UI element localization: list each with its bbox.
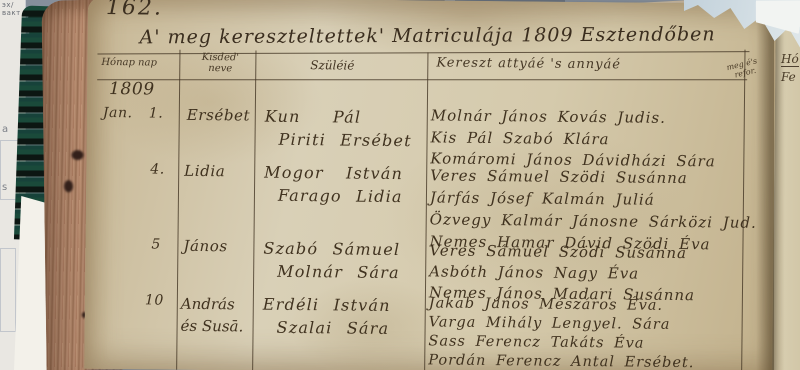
- ink-stain: [64, 180, 73, 192]
- page-title: A' meg kereszteltettek' Matriculája 1809…: [140, 23, 780, 48]
- adjacent-page-sliver: Hó Fe: [772, 0, 800, 370]
- godparent-line: Veres Sámuel Szödi Susánna: [429, 240, 695, 264]
- entry-month: Jan.: [103, 105, 133, 121]
- ink-stain: [72, 150, 84, 160]
- parent-line: Erdéli István: [263, 293, 391, 317]
- year-label: 1809: [109, 79, 155, 99]
- header-infant-name-line2: neve: [189, 63, 251, 75]
- printed-letter: a: [2, 124, 8, 135]
- header-note: meg é's refor.: [726, 56, 760, 81]
- parent-line: Molnár Sára: [263, 260, 400, 284]
- godparent-line: Pordán Ferencz Antal Ersébet.: [428, 351, 694, 370]
- printed-letter: s: [2, 182, 7, 193]
- entry-godparents: Jakab János Mészáros Éva. Varga Mihály L…: [428, 294, 695, 370]
- godparent-line: Molnár János Kovás Judis.: [431, 105, 717, 129]
- parent-line: Szabó Sámuel: [263, 237, 400, 261]
- page-number: 162.: [106, 0, 163, 21]
- entry-child-name: János: [183, 237, 228, 255]
- child-line: András: [181, 293, 244, 316]
- page-fold-shadow: [756, 0, 774, 370]
- parent-line: Mogor István: [264, 161, 403, 185]
- header-parents: Szüléié: [267, 58, 397, 73]
- header-godparents: Kereszt attyáé 's annyáé: [436, 55, 621, 72]
- parent-line: Piriti Ersébet: [264, 128, 411, 153]
- godparent-line: Asbóth János Nagy Éva: [429, 261, 695, 285]
- header-month-day: Hónap nap: [101, 57, 157, 69]
- adjacent-page-text: Fe: [781, 70, 796, 84]
- entry-day: 10: [145, 292, 164, 308]
- entry-parents: Szabó Sámuel Molnár Sára: [263, 237, 400, 284]
- header-infant-name: Kisded' neve: [189, 52, 251, 75]
- child-line: és Susā.: [180, 315, 243, 338]
- entry-parents: Kun Pál Piriti Ersébet: [264, 105, 412, 153]
- entry-day: 4.: [150, 161, 165, 177]
- entry-day: 1.: [149, 105, 164, 121]
- table-rule-header-bottom: [97, 79, 747, 80]
- entry-parents: Mogor István Farago Lidia: [264, 161, 403, 208]
- entry-godparents: Molnár János Kovás Judis. Kis Pál Szabó …: [430, 105, 716, 172]
- header-infant-name-line1: Kisded': [189, 52, 251, 64]
- parent-line: Kun Pál: [265, 105, 412, 130]
- register-page: 162. A' meg kereszteltettek' Matriculája…: [84, 0, 776, 370]
- entry-parents: Erdéli István Szalai Sára: [262, 293, 390, 340]
- entry-day: 5: [151, 236, 161, 252]
- printed-form-box: [0, 248, 16, 332]
- table-column-line: [252, 51, 257, 370]
- parent-line: Szalai Sára: [262, 316, 390, 340]
- adjacent-page-text: Hó: [781, 52, 799, 67]
- entry-child-name: András és Susā.: [180, 293, 243, 338]
- entry-child-name: Ersébet: [187, 106, 251, 125]
- entry-child-name: Lidia: [184, 162, 225, 180]
- godparent-line: Kis Pál Szabó Klára: [430, 127, 716, 151]
- photograph-of-baptismal-register: эх/вакт a s Marjási Dezső Hó Fe 162. A' …: [0, 0, 800, 370]
- parent-line: Farago Lidia: [264, 184, 403, 208]
